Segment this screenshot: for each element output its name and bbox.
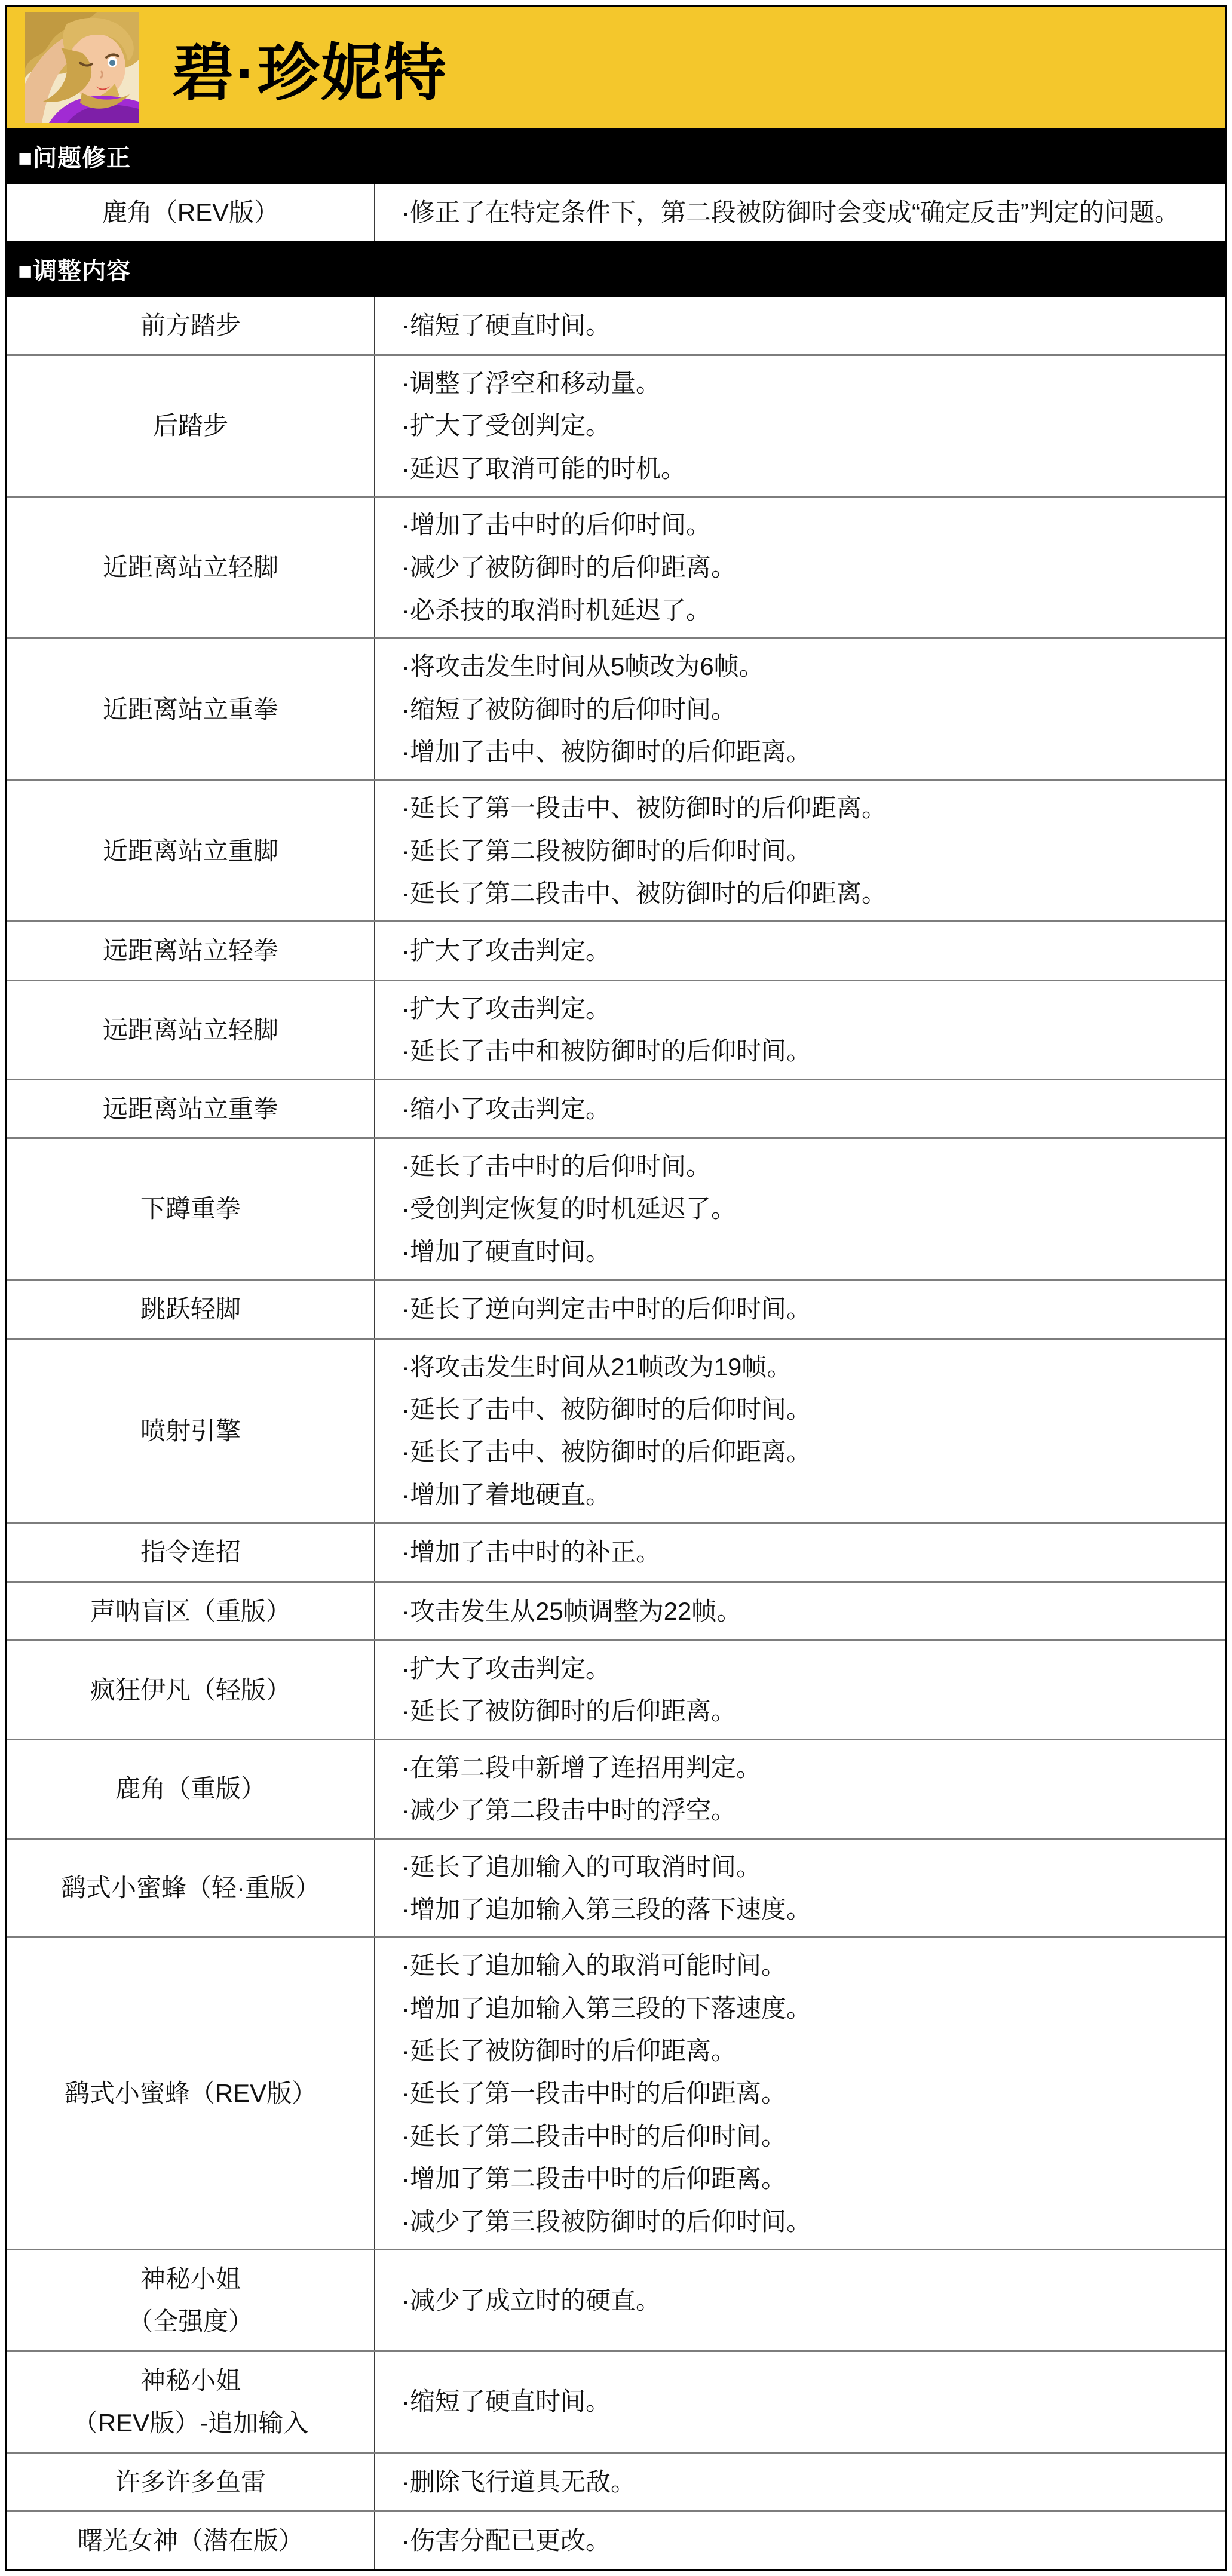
table-row: 鹞式小蜜蜂（轻·重版）·延长了追加输入的可取消时间。·增加了追加输入第三段的落下… [7, 1838, 1225, 1937]
move-name: 近距离站立轻脚 [7, 498, 375, 637]
move-name: 神秘小姐 （全强度） [7, 2250, 375, 2350]
change-item: ·增加了追加输入第三段的下落速度。 [402, 1987, 1203, 2030]
change-item: ·增加了硬直时间。 [402, 1230, 1203, 1273]
character-name-title: 碧·珍妮特 [172, 23, 448, 112]
change-item: ·伤害分配已更改。 [402, 2519, 1203, 2562]
move-name: 神秘小姐 （REV版）-追加输入 [7, 2352, 375, 2452]
change-list: ·延长了第一段击中、被防御时的后仰距离。·延长了第二段被防御时的后仰时间。·延长… [375, 781, 1225, 920]
move-name: 曙光女神（潜在版） [7, 2512, 375, 2569]
change-item: ·延长了第二段被防御时的后仰时间。 [402, 830, 1203, 872]
change-item: ·延长了击中、被防御时的后仰时间。 [402, 1388, 1203, 1430]
table-row: 远距离站立轻拳·扩大了攻击判定。 [7, 920, 1225, 979]
change-list: ·扩大了攻击判定。·延长了被防御时的后仰距离。 [375, 1641, 1225, 1739]
move-name: 下蹲重拳 [7, 1139, 375, 1279]
table-row: 鹞式小蜜蜂（REV版）·延长了追加输入的取消可能时间。·增加了追加输入第三段的下… [7, 1936, 1225, 2249]
table-row: 神秘小姐 （REV版）-追加输入·缩短了硬直时间。 [7, 2350, 1225, 2452]
table-row: 许多许多鱼雷·删除飞行道具无敌。 [7, 2452, 1225, 2510]
section-rows: 鹿角（REV版）·修正了在特定条件下，第二段被防御时会变成“确定反击”判定的问题… [7, 184, 1225, 241]
move-name: 远距离站立重拳 [7, 1080, 375, 1137]
change-item: ·增加了着地硬直。 [402, 1473, 1203, 1516]
patch-notes-table: ■问题修正鹿角（REV版）·修正了在特定条件下，第二段被防御时会变成“确定反击”… [7, 128, 1225, 2569]
move-name: 许多许多鱼雷 [7, 2454, 375, 2510]
change-list: ·删除飞行道具无敌。 [375, 2454, 1225, 2510]
change-list: ·将攻击发生时间从21帧改为19帧。·延长了击中、被防御时的后仰时间。·延长了击… [375, 1340, 1225, 1522]
change-item: ·将攻击发生时间从5帧改为6帧。 [402, 645, 1203, 687]
change-item: ·减少了被防御时的后仰距离。 [402, 546, 1203, 588]
patch-notes-sheet: 碧·珍妮特 ■问题修正鹿角（REV版）·修正了在特定条件下，第二段被防御时会变成… [5, 5, 1227, 2571]
move-name: 疯狂伊凡（轻版） [7, 1641, 375, 1739]
table-row: 跳跃轻脚·延长了逆向判定击中时的后仰时间。 [7, 1279, 1225, 1337]
table-row: 鹿角（REV版）·修正了在特定条件下，第二段被防御时会变成“确定反击”判定的问题… [7, 184, 1225, 241]
change-item: ·延长了击中、被防御时的后仰距离。 [402, 1430, 1203, 1473]
change-item: ·延长了逆向判定击中时的后仰时间。 [402, 1288, 1203, 1330]
move-name: 近距离站立重拳 [7, 639, 375, 779]
table-row: 下蹲重拳·延长了击中时的后仰时间。·受创判定恢复的时机延迟了。·增加了硬直时间。 [7, 1137, 1225, 1279]
table-row: 近距离站立轻脚·增加了击中时的后仰时间。·减少了被防御时的后仰距离。·必杀技的取… [7, 496, 1225, 637]
change-list: ·在第二段中新增了连招用判定。·减少了第二段击中时的浮空。 [375, 1740, 1225, 1838]
change-list: ·缩短了硬直时间。 [375, 2352, 1225, 2452]
change-item: ·延长了第一段击中时的后仰距离。 [402, 2072, 1203, 2114]
change-list: ·攻击发生从25帧调整为22帧。 [375, 1583, 1225, 1639]
table-row: 近距离站立重拳·将攻击发生时间从5帧改为6帧。·缩短了被防御时的后仰时间。·增加… [7, 637, 1225, 779]
change-item: ·延长了第一段击中、被防御时的后仰距离。 [402, 787, 1203, 829]
table-row: 鹿角（重版）·在第二段中新增了连招用判定。·减少了第二段击中时的浮空。 [7, 1739, 1225, 1838]
change-item: ·增加了追加输入第三段的落下速度。 [402, 1888, 1203, 1930]
change-item: ·必杀技的取消时机延迟了。 [402, 589, 1203, 631]
change-item: ·缩短了硬直时间。 [402, 2380, 1203, 2423]
change-item: ·扩大了受创判定。 [402, 404, 1203, 447]
change-item: ·扩大了攻击判定。 [402, 1647, 1203, 1690]
character-portrait-image [25, 12, 139, 123]
change-list: ·延长了追加输入的取消可能时间。·增加了追加输入第三段的下落速度。·延长了被防御… [375, 1938, 1225, 2249]
table-row: 远距离站立轻脚·扩大了攻击判定。·延长了击中和被防御时的后仰时间。 [7, 980, 1225, 1079]
change-item: ·减少了第三段被防御时的后仰时间。 [402, 2200, 1203, 2243]
change-item: ·缩短了硬直时间。 [402, 304, 1203, 346]
change-item: ·将攻击发生时间从21帧改为19帧。 [402, 1346, 1203, 1388]
table-row: 声呐盲区（重版）·攻击发生从25帧调整为22帧。 [7, 1581, 1225, 1639]
move-name: 近距离站立重脚 [7, 781, 375, 920]
move-name: 前方踏步 [7, 297, 375, 354]
change-list: ·缩小了攻击判定。 [375, 1080, 1225, 1137]
table-row: 后踏步·调整了浮空和移动量。·扩大了受创判定。·延迟了取消可能的时机。 [7, 354, 1225, 496]
change-list: ·延长了逆向判定击中时的后仰时间。 [375, 1281, 1225, 1337]
table-row: 神秘小姐 （全强度）·减少了成立时的硬直。 [7, 2249, 1225, 2350]
change-item: ·延长了被防御时的后仰距离。 [402, 2030, 1203, 2072]
move-name: 鹞式小蜜蜂（轻·重版） [7, 1840, 375, 1937]
table-row: 指令连招·增加了击中时的补正。 [7, 1522, 1225, 1580]
move-name: 跳跃轻脚 [7, 1281, 375, 1337]
change-list: ·延长了追加输入的可取消时间。·增加了追加输入第三段的落下速度。 [375, 1840, 1225, 1937]
change-list: ·增加了击中时的后仰时间。·减少了被防御时的后仰距离。·必杀技的取消时机延迟了。 [375, 498, 1225, 637]
change-item: ·延长了第二段击中时的后仰时间。 [402, 2115, 1203, 2157]
change-item: ·延长了击中时的后仰时间。 [402, 1145, 1203, 1187]
section-rows: 前方踏步·缩短了硬直时间。后踏步·调整了浮空和移动量。·扩大了受创判定。·延迟了… [7, 297, 1225, 2569]
change-item: ·增加了击中时的后仰时间。 [402, 503, 1203, 546]
move-name: 鹿角（重版） [7, 1740, 375, 1838]
character-header: 碧·珍妮特 [7, 7, 1225, 128]
change-list: ·缩短了硬直时间。 [375, 297, 1225, 354]
change-list: ·将攻击发生时间从5帧改为6帧。·缩短了被防御时的后仰时间。·增加了击中、被防御… [375, 639, 1225, 779]
move-name: 鹞式小蜜蜂（REV版） [7, 1938, 375, 2249]
move-name: 声呐盲区（重版） [7, 1583, 375, 1639]
change-item: ·修正了在特定条件下，第二段被防御时会变成“确定反击”判定的问题。 [402, 191, 1203, 234]
move-name: 指令连招 [7, 1524, 375, 1580]
change-item: ·受创判定恢复的时机延迟了。 [402, 1187, 1203, 1230]
change-item: ·攻击发生从25帧调整为22帧。 [402, 1590, 1203, 1632]
change-list: ·延长了击中时的后仰时间。·受创判定恢复的时机延迟了。·增加了硬直时间。 [375, 1139, 1225, 1279]
change-item: ·延长了追加输入的可取消时间。 [402, 1846, 1203, 1888]
change-item: ·延迟了取消可能的时机。 [402, 447, 1203, 490]
patch-notes-page: 碧·珍妮特 ■问题修正鹿角（REV版）·修正了在特定条件下，第二段被防御时会变成… [0, 0, 1232, 2576]
table-row: 近距离站立重脚·延长了第一段击中、被防御时的后仰距离。·延长了第二段被防御时的后… [7, 779, 1225, 920]
change-item: ·延长了第二段击中、被防御时的后仰距离。 [402, 872, 1203, 914]
table-row: 远距离站立重拳·缩小了攻击判定。 [7, 1079, 1225, 1137]
change-item: ·减少了第二段击中时的浮空。 [402, 1789, 1203, 1831]
change-item: ·增加了第二段击中时的后仰距离。 [402, 2157, 1203, 2200]
change-list: ·伤害分配已更改。 [375, 2512, 1225, 2569]
change-list: ·扩大了攻击判定。 [375, 922, 1225, 979]
change-list: ·减少了成立时的硬直。 [375, 2250, 1225, 2350]
table-row: 疯狂伊凡（轻版）·扩大了攻击判定。·延长了被防御时的后仰距离。 [7, 1639, 1225, 1739]
change-list: ·修正了在特定条件下，第二段被防御时会变成“确定反击”判定的问题。 [375, 184, 1225, 241]
change-item: ·延长了被防御时的后仰距离。 [402, 1690, 1203, 1732]
change-item: ·调整了浮空和移动量。 [402, 362, 1203, 404]
change-item: ·缩短了被防御时的后仰时间。 [402, 688, 1203, 730]
change-item: ·增加了击中时的补正。 [402, 1531, 1203, 1573]
move-name: 后踏步 [7, 356, 375, 496]
change-list: ·调整了浮空和移动量。·扩大了受创判定。·延迟了取消可能的时机。 [375, 356, 1225, 496]
change-item: ·延长了追加输入的取消可能时间。 [402, 1944, 1203, 1987]
section-header: ■调整内容 [7, 241, 1225, 297]
change-item: ·减少了成立时的硬直。 [402, 2279, 1203, 2322]
change-item: ·扩大了攻击判定。 [402, 929, 1203, 972]
table-row: 前方踏步·缩短了硬直时间。 [7, 297, 1225, 354]
change-item: ·缩小了攻击判定。 [402, 1088, 1203, 1130]
change-item: ·增加了击中、被防御时的后仰距离。 [402, 730, 1203, 773]
move-name: 鹿角（REV版） [7, 184, 375, 241]
change-item: ·扩大了攻击判定。 [402, 987, 1203, 1030]
section-header: ■问题修正 [7, 128, 1225, 184]
change-list: ·增加了击中时的补正。 [375, 1524, 1225, 1580]
move-name: 远距离站立轻拳 [7, 922, 375, 979]
table-row: 喷射引擎·将攻击发生时间从21帧改为19帧。·延长了击中、被防御时的后仰时间。·… [7, 1338, 1225, 1522]
change-list: ·扩大了攻击判定。·延长了击中和被防御时的后仰时间。 [375, 981, 1225, 1079]
table-row: 曙光女神（潜在版）·伤害分配已更改。 [7, 2510, 1225, 2569]
change-item: ·在第二段中新增了连招用判定。 [402, 1746, 1203, 1789]
change-item: ·删除飞行道具无敌。 [402, 2461, 1203, 2503]
change-item: ·延长了击中和被防御时的后仰时间。 [402, 1030, 1203, 1072]
move-name: 喷射引擎 [7, 1340, 375, 1522]
move-name: 远距离站立轻脚 [7, 981, 375, 1079]
